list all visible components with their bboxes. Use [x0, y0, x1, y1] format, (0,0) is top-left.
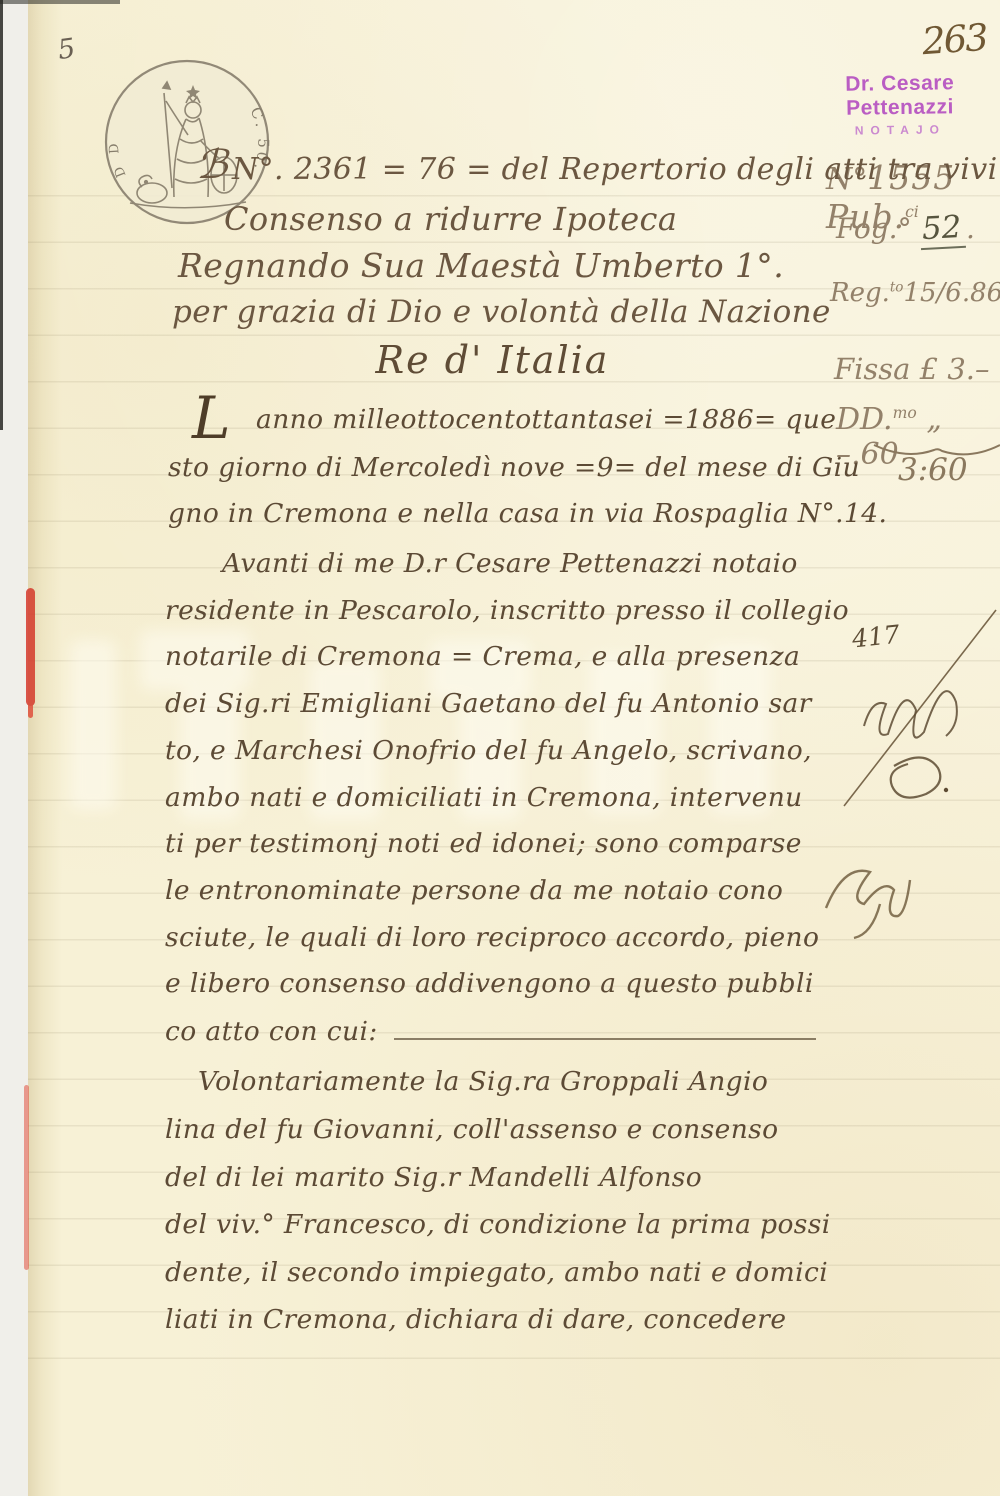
text-line: Consenso a ridurre Ipoteca: [224, 200, 677, 238]
text-line: per grazia di Dio e volontà della Nazion…: [172, 294, 831, 330]
text-line: N°. 2361 = 76 = del Repertorio degli att…: [232, 152, 998, 187]
notary-stamp-title: NOTAJO: [795, 122, 1000, 139]
red-seal-mark: [26, 588, 35, 706]
drop-cap-L: L: [192, 384, 231, 452]
text-line: sto giorno di Mercoledì nove =9= del mes…: [168, 452, 860, 483]
margin-paraph-flourish: [818, 846, 928, 942]
margin-registro: Reg.to15/6.86: [830, 278, 1000, 308]
text-line: Re d' Italia: [165, 338, 820, 382]
text-line: le entronominate persone da me notaio co…: [165, 875, 783, 906]
notary-ink-stamp: Dr. Cesare Pettenazzi NOTAJO: [795, 71, 1000, 139]
text-line: Regnando Sua Maestà Umberto 1°.: [178, 246, 784, 285]
margin-total: 3:60: [898, 452, 968, 488]
scan-edge: [0, 0, 3, 430]
text-line: sciute, le quali di loro reciproco accor…: [165, 922, 819, 953]
margin-foglio: Fog.° 52.: [836, 210, 975, 249]
text-line: lina del fu Giovanni, coll'assenso e con…: [165, 1114, 779, 1145]
notary-stamp-name: Dr. Cesare Pettenazzi: [795, 71, 1000, 122]
opening-paraph: ℬ: [196, 142, 227, 188]
text-line: gno in Cremona e nella casa in via Rospa…: [168, 498, 887, 529]
text-line: to, e Marchesi Onofrio del fu Angelo, sc…: [165, 735, 812, 766]
text-line: notarile di Cremona = Crema, e alla pres…: [165, 641, 800, 672]
scan-top-edge: [0, 0, 120, 4]
text-line: del viv.° Francesco, di condizione la pr…: [165, 1209, 831, 1240]
text-line: del di lei marito Sig.r Mandelli Alfonso: [165, 1162, 702, 1193]
document-scan: 5 263: [0, 0, 1000, 1496]
text-line: e libero consenso addivengono a questo p…: [165, 968, 814, 999]
text-line-with-rule: co atto con cui:: [165, 1016, 820, 1047]
page-number: 263: [921, 16, 988, 63]
text-line: Avanti di me D.r Cesare Pettenazzi notai…: [222, 548, 798, 579]
margin-mid-number: 417: [851, 620, 901, 654]
fill-rule-line: [394, 1016, 816, 1040]
text-line: co atto con cui:: [165, 1016, 378, 1047]
margin-fissa-fee: Fissa £ 3.–: [834, 352, 990, 386]
text-line: dei Sig.ri Emigliani Gaetano del fu Anto…: [165, 688, 812, 719]
text-line: ambo nati e domiciliati in Cremona, inte…: [165, 782, 803, 813]
text-line: anno milleottocentottantasei =1886= que: [256, 404, 836, 435]
text-line: Volontariamente la Sig.ra Groppali Angio: [198, 1066, 768, 1097]
text-line: dente, il secondo impiegato, ambo nati e…: [165, 1257, 828, 1288]
red-edge-mark: [24, 1085, 29, 1270]
text-line: residente in Pescarolo, inscritto presso…: [165, 595, 849, 626]
text-line: liati in Cremona, dichiara di dare, conc…: [165, 1304, 786, 1335]
text-line: ti per testimonj noti ed idonei; sono co…: [165, 828, 802, 859]
